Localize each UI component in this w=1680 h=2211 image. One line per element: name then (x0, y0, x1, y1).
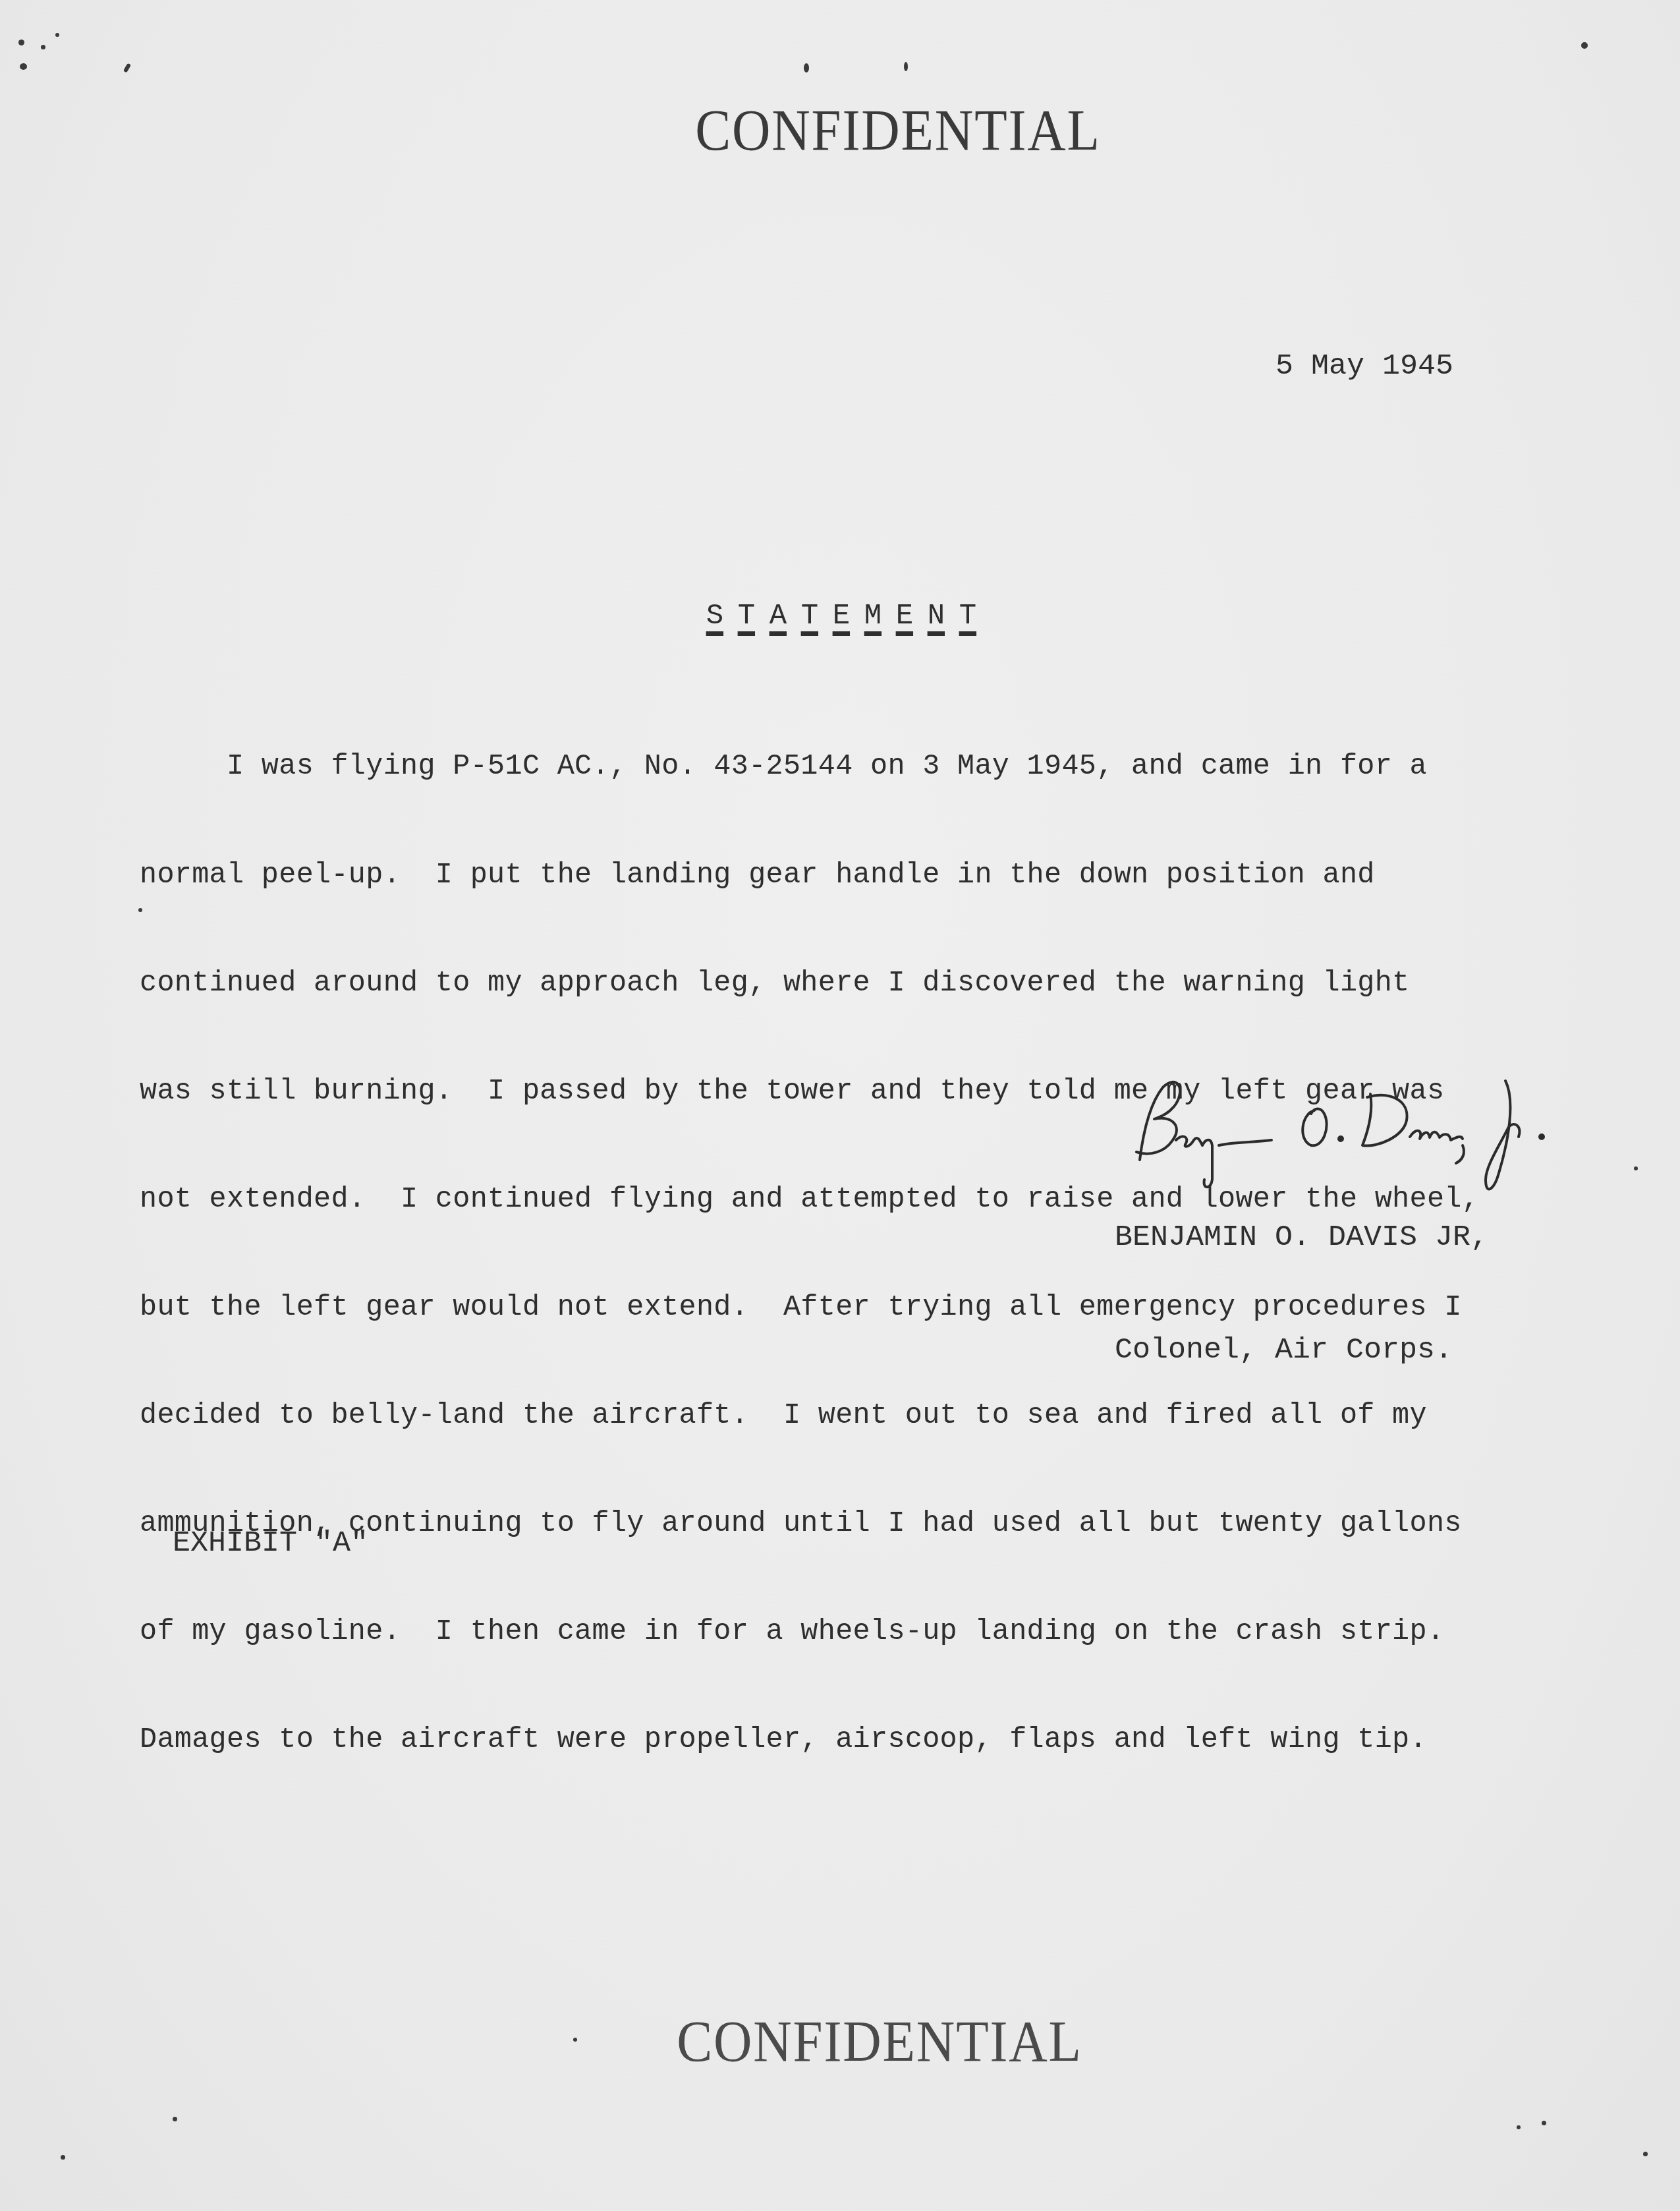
scan-speck (18, 40, 24, 45)
title-letter: M (864, 600, 896, 633)
body-line: I was flying P-51C AC., No. 43-25144 on … (140, 749, 1479, 786)
title-letter: T (801, 600, 833, 633)
title-letter: A (770, 600, 801, 633)
title-letter: T (738, 600, 770, 633)
title-letter: E (833, 600, 864, 633)
scan-speck (41, 45, 45, 49)
signer-block: BENJAMIN O. DAVIS JR, Colonel, Air Corps… (1115, 1143, 1488, 1444)
scan-speck (1517, 2125, 1521, 2129)
scan-speck (61, 2155, 65, 2160)
document-page: CONFIDENTIAL 5 May 1945 STATEMENT I was … (0, 0, 1680, 2211)
title-letter: E (896, 600, 928, 633)
title-letter: N (928, 600, 959, 633)
classification-stamp-bottom: CONFIDENTIAL (107, 2009, 1652, 2075)
document-date: 5 May 1945 (1275, 349, 1453, 383)
scan-speck (1643, 2152, 1648, 2156)
document-title: STATEMENT (636, 567, 991, 666)
title-letter: S (706, 600, 738, 633)
body-line: continued around to my approach leg, whe… (140, 966, 1479, 1002)
classification-stamp-top: CONFIDENTIAL (125, 98, 1671, 164)
scan-speck (173, 2117, 177, 2121)
scan-speck (55, 33, 59, 37)
scan-speck (804, 63, 809, 72)
body-line: normal peel-up. I put the landing gear h… (140, 858, 1479, 894)
scan-speck (20, 63, 27, 70)
title-letter: T (959, 600, 991, 633)
exhibit-label: EXHIBIT "A" (173, 1526, 368, 1560)
scan-speck (1542, 2121, 1546, 2125)
scan-speck (904, 62, 908, 71)
body-line: Damages to the aircraft were propeller, … (140, 1723, 1479, 1759)
scan-speck (1581, 42, 1588, 49)
body-line: of my gasoline. I then came in for a whe… (140, 1615, 1479, 1651)
scan-speck (123, 63, 131, 72)
signer-title: Colonel, Air Corps. (1115, 1331, 1488, 1369)
signer-name: BENJAMIN O. DAVIS JR, (1115, 1219, 1488, 1256)
